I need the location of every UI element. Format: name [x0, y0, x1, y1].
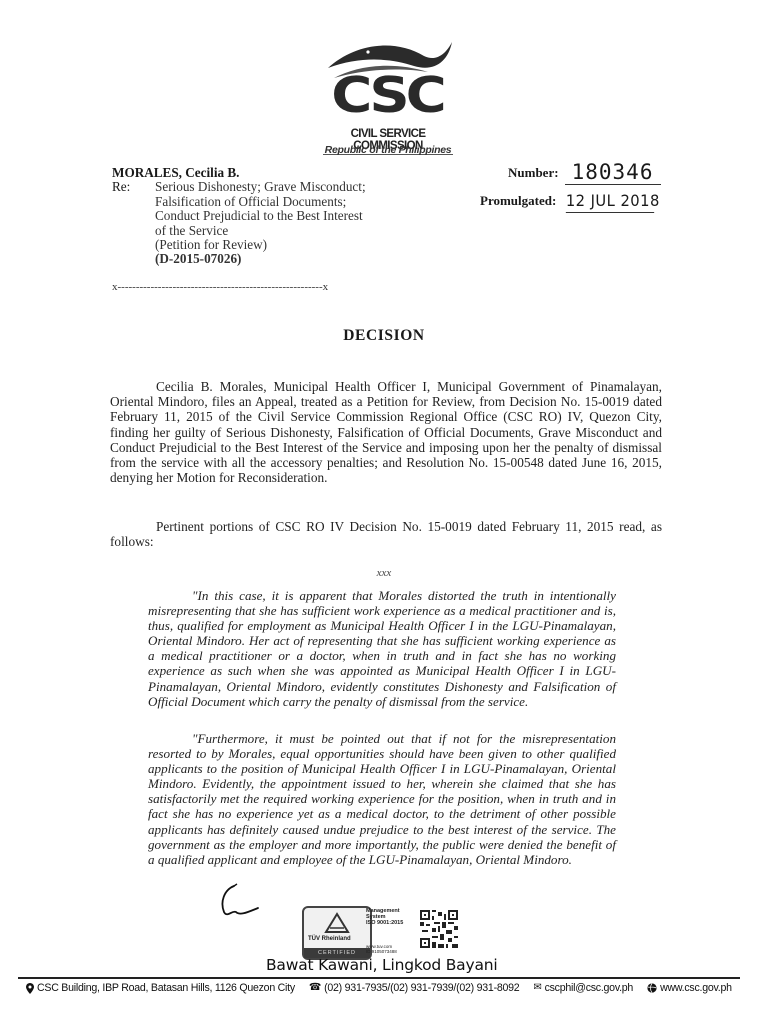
- country-name: Republic of the Philippines: [323, 144, 453, 156]
- promulgated-value: 12 JUL 2018: [566, 190, 654, 213]
- charge-line: Serious Dishonesty; Grave Misconduct;: [155, 180, 366, 194]
- qr-code-icon: [420, 910, 458, 948]
- triangle-logo-icon: [324, 912, 350, 934]
- number-row: Number: 180346: [508, 160, 661, 185]
- promulgated-label: Promulgated:: [480, 193, 556, 209]
- case-number: (D-2015-07026): [155, 252, 366, 266]
- cert-line: ISO 9001:2015: [366, 920, 403, 926]
- quoted-paragraph-2: "Furthermore, it must be pointed out tha…: [148, 731, 616, 867]
- signature-initial: [218, 882, 268, 922]
- globe-icon: [647, 983, 657, 993]
- footer-phone: ☎ (02) 931-7935/(02) 931-7939/(02) 931-8…: [309, 982, 520, 994]
- logo-letters: CSC: [322, 71, 452, 120]
- footer-email[interactable]: ✉ cscphil@csc.gov.ph: [533, 982, 633, 994]
- cert-id-line: ID 9105073488: [366, 949, 397, 954]
- csc-logo: CSC CIVIL SERVICE COMMISSION Republic of…: [318, 38, 458, 156]
- footer-website[interactable]: www.csc.gov.ph: [647, 982, 732, 994]
- promulgated-row: Promulgated: 12 JUL 2018: [480, 190, 658, 213]
- caption-separator: x---------------------------------------…: [112, 281, 396, 293]
- re-line: Re: Serious Dishonesty; Grave Misconduct…: [112, 180, 412, 266]
- body-paragraph-1: Cecilia B. Morales, Municipal Health Off…: [110, 379, 662, 485]
- charge-line: Falsification of Official Documents;: [155, 195, 366, 209]
- case-caption: MORALES, Cecilia B. Re: Serious Dishones…: [112, 166, 412, 267]
- map-pin-icon: [26, 983, 34, 994]
- number-label: Number:: [508, 165, 559, 181]
- omission-mark: xxx: [0, 567, 768, 579]
- document-title: DECISION: [0, 327, 768, 345]
- envelope-icon: ✉: [533, 983, 541, 993]
- quoted-paragraph-1: "In this case, it is apparent that Moral…: [148, 588, 616, 709]
- tuv-certification-badge: TÜV Rheinland CERTIFIED: [302, 906, 372, 960]
- cert-system-text: Management System ISO 9001:2015: [366, 908, 403, 927]
- respondent-name: MORALES, Cecilia B.: [112, 166, 412, 180]
- charge-line: Conduct Prejudicial to the Best Interest: [155, 209, 366, 223]
- re-body: Serious Dishonesty; Grave Misconduct; Fa…: [155, 180, 366, 266]
- email-text[interactable]: cscphil@csc.gov.ph: [545, 982, 634, 994]
- cert-brand: TÜV Rheinland: [308, 936, 351, 942]
- number-value: 180346: [565, 160, 661, 185]
- cert-id-text: www.tuv.com ID 9105073488: [366, 944, 397, 954]
- petition-type: (Petition for Review): [155, 238, 366, 252]
- footer-divider: [18, 977, 740, 979]
- re-label: Re:: [112, 180, 155, 266]
- charge-line: of the Service: [155, 224, 366, 238]
- footer-contact: CSC Building, IBP Road, Batasan Hills, 1…: [26, 982, 766, 994]
- website-text[interactable]: www.csc.gov.ph: [660, 982, 732, 994]
- phone-icon: ☎: [309, 983, 321, 993]
- csc-motto: Bawat Kawani, Lingkod Bayani: [266, 956, 497, 974]
- body-paragraph-2: Pertinent portions of CSC RO IV Decision…: [110, 519, 662, 549]
- footer-address: CSC Building, IBP Road, Batasan Hills, 1…: [26, 982, 295, 994]
- address-text: CSC Building, IBP Road, Batasan Hills, 1…: [37, 982, 295, 994]
- phone-text: (02) 931-7935/(02) 931-7939/(02) 931-809…: [324, 982, 519, 994]
